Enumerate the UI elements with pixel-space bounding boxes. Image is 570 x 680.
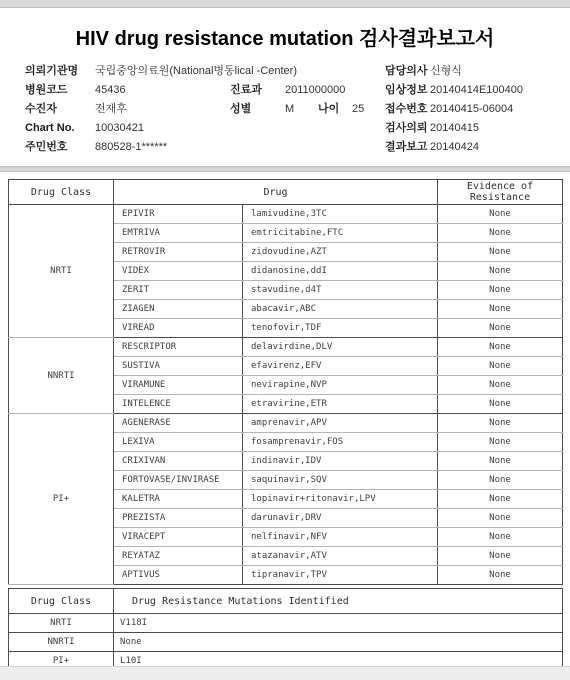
drug-row: NNRTIRESCRIPTORdelavirdine,DLVNone [9, 338, 563, 357]
mutations-cell: None [114, 633, 563, 652]
drug-brand-cell: KALETRA [114, 490, 243, 509]
info-row: 의뢰기관명 국립중앙의료원(National병동lical -Center) 담… [0, 62, 570, 81]
evidence-cell: None [438, 376, 563, 395]
evidence-cell: None [438, 281, 563, 300]
drug-generic-cell: stavudine,d4T [243, 281, 438, 300]
drug-generic-cell: darunavir,DRV [243, 509, 438, 528]
patient-name-value: 전재후 [95, 100, 127, 119]
drug-generic-cell: etravirine,ETR [243, 395, 438, 414]
drug-brand-cell: LEXIVA [114, 433, 243, 452]
evidence-cell: None [438, 300, 563, 319]
evidence-cell: None [438, 414, 563, 433]
drug-generic-cell: nelfinavir,NFV [243, 528, 438, 547]
drug-brand-cell: ZIAGEN [114, 300, 243, 319]
accession-no-label: 접수번호 [385, 100, 428, 119]
drug-brand-cell: FORTOVASE/INVIRASE [114, 471, 243, 490]
drug-class-cell: NRTI [9, 205, 114, 338]
resident-id-value: 880528-1****** [95, 138, 167, 157]
mutation-row: NRTIV118I [9, 614, 563, 633]
chart-no-value: 10030421 [95, 119, 144, 138]
drug-generic-cell: efavirenz,EFV [243, 357, 438, 376]
header-mutations: Drug Resistance Mutations Identified [114, 589, 563, 614]
evidence-cell: None [438, 528, 563, 547]
header-drug-class: Drug Class [9, 180, 114, 205]
evidence-cell: None [438, 395, 563, 414]
resistance-table-header-row: Drug Class Drug Evidence of Resistance [9, 180, 563, 205]
evidence-cell: None [438, 262, 563, 281]
drug-brand-cell: VIRAMUNE [114, 376, 243, 395]
referring-org-label: 의뢰기관명 [25, 62, 78, 81]
age-value: 25 [352, 100, 364, 119]
clinical-info-label: 임상정보 [385, 81, 428, 100]
patient-info-block: 의뢰기관명 국립중앙의료원(National병동lical -Center) 담… [0, 62, 570, 158]
drug-brand-cell: EPIVIR [114, 205, 243, 224]
mutation-table-header-row: Drug Class Drug Resistance Mutations Ide… [9, 589, 563, 614]
drug-brand-cell: RETROVIR [114, 243, 243, 262]
drug-generic-cell: tenofovir,TDF [243, 319, 438, 338]
drug-generic-cell: nevirapine,NVP [243, 376, 438, 395]
drug-generic-cell: fosamprenavir,FOS [243, 433, 438, 452]
drug-generic-cell: didanosine,ddI [243, 262, 438, 281]
drug-class-cell: NNRTI [9, 633, 114, 652]
header-evidence: Evidence of Resistance [438, 180, 563, 205]
evidence-cell: None [438, 471, 563, 490]
drug-brand-cell: AGENERASE [114, 414, 243, 433]
drug-brand-cell: ZERIT [114, 281, 243, 300]
evidence-cell: None [438, 319, 563, 338]
sex-label: 성별 [230, 100, 251, 119]
drug-generic-cell: amprenavir,APV [243, 414, 438, 433]
referring-org-value: 국립중앙의료원(National병동lical -Center) [95, 62, 297, 81]
resistance-table-body: NRTIEPIVIRlamivudine,3TCNoneEMTRIVAemtri… [9, 205, 563, 585]
evidence-cell: None [438, 566, 563, 585]
drug-generic-cell: abacavir,ABC [243, 300, 438, 319]
info-row: 주민번호 880528-1****** 결과보고 20140424 [0, 138, 570, 157]
page-title: HIV drug resistance mutation 검사결과보고서 [0, 22, 570, 51]
drug-brand-cell: INTELENCE [114, 395, 243, 414]
department-label: 진료과 [230, 81, 262, 100]
evidence-cell: None [438, 338, 563, 357]
age-label: 나이 [318, 100, 339, 119]
evidence-cell: None [438, 547, 563, 566]
drug-generic-cell: saquinavir,SQV [243, 471, 438, 490]
drug-brand-cell: REYATAZ [114, 547, 243, 566]
drug-generic-cell: delavirdine,DLV [243, 338, 438, 357]
hospital-code-value: 45436 [95, 81, 126, 100]
drug-brand-cell: CRIXIVAN [114, 452, 243, 471]
accession-no-value: 20140415-06004 [430, 100, 513, 119]
test-requested-value: 20140415 [430, 119, 479, 138]
drug-generic-cell: zidovudine,AZT [243, 243, 438, 262]
drug-row: PI+AGENERASEamprenavir,APVNone [9, 414, 563, 433]
resident-id-label: 주민번호 [25, 138, 68, 157]
info-row: 병원코드 45436 진료과 2011000000 임상정보 20140414E… [0, 81, 570, 100]
clinical-info-value: 20140414E100400 [430, 81, 523, 100]
drug-row: NRTIEPIVIRlamivudine,3TCNone [9, 205, 563, 224]
drug-resistance-table: Drug Class Drug Evidence of Resistance N… [8, 179, 563, 585]
drug-generic-cell: atazanavir,ATV [243, 547, 438, 566]
result-reported-label: 결과보고 [385, 138, 428, 157]
evidence-cell: None [438, 224, 563, 243]
drug-generic-cell: tipranavir,TPV [243, 566, 438, 585]
drug-generic-cell: lamivudine,3TC [243, 205, 438, 224]
hospital-code-label: 병원코드 [25, 81, 68, 100]
chart-no-label: Chart No. [25, 119, 75, 138]
drug-brand-cell: RESCRIPTOR [114, 338, 243, 357]
window-bottom-bar [0, 666, 570, 680]
drug-brand-cell: SUSTIVA [114, 357, 243, 376]
mutation-row: NNRTINone [9, 633, 563, 652]
info-row: Chart No. 10030421 검사의뢰 20140415 [0, 119, 570, 138]
drug-class-cell: NNRTI [9, 338, 114, 414]
result-reported-value: 20140424 [430, 138, 479, 157]
department-value: 2011000000 [285, 81, 345, 100]
drug-brand-cell: VIREAD [114, 319, 243, 338]
evidence-cell: None [438, 205, 563, 224]
drug-brand-cell: EMTRIVA [114, 224, 243, 243]
drug-brand-cell: VIDEX [114, 262, 243, 281]
drug-brand-cell: PREZISTA [114, 509, 243, 528]
evidence-cell: None [438, 433, 563, 452]
evidence-cell: None [438, 452, 563, 471]
window-top-bar [0, 0, 570, 8]
header-drug-class: Drug Class [9, 589, 114, 614]
drug-class-cell: PI+ [9, 414, 114, 585]
evidence-cell: None [438, 243, 563, 262]
section-separator [0, 166, 570, 172]
patient-name-label: 수진자 [25, 100, 57, 119]
sex-value: M [285, 100, 294, 119]
drug-generic-cell: emtricitabine,FTC [243, 224, 438, 243]
header-drug: Drug [114, 180, 438, 205]
report-page: { "title": "HIV drug resistance mutation… [0, 0, 570, 680]
evidence-cell: None [438, 490, 563, 509]
drug-brand-cell: APTIVUS [114, 566, 243, 585]
drug-brand-cell: VIRACEPT [114, 528, 243, 547]
evidence-cell: None [438, 509, 563, 528]
evidence-cell: None [438, 357, 563, 376]
mutations-cell: V118I [114, 614, 563, 633]
mutation-table-body: NRTIV118INNRTINonePI+L10I [9, 614, 563, 671]
drug-class-cell: NRTI [9, 614, 114, 633]
drug-generic-cell: lopinavir+ritonavir,LPV [243, 490, 438, 509]
info-row: 수진자 전재후 성별 M 나이 25 접수번호 20140415-06004 [0, 100, 570, 119]
mutation-table: Drug Class Drug Resistance Mutations Ide… [8, 588, 563, 671]
test-requested-label: 검사의뢰 [385, 119, 428, 138]
drug-generic-cell: indinavir,IDV [243, 452, 438, 471]
doctor-value: 신형식 [430, 62, 462, 81]
doctor-label: 담당의사 [385, 62, 428, 81]
